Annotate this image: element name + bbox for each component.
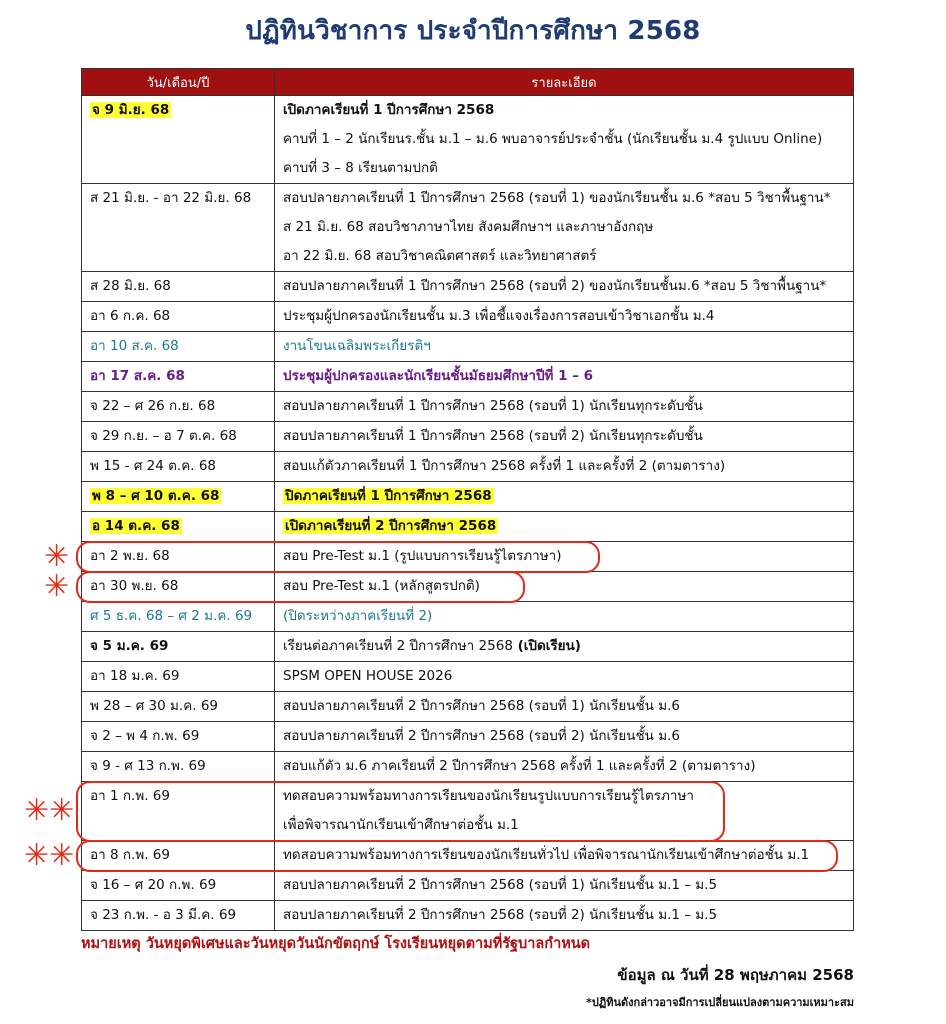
date-text: จ 23 ก.พ. - อ 3 มี.ค. 69: [90, 907, 236, 923]
detail-line: สอบปลายภาคเรียนที่ 1 ปีการศึกษา 2568 (รอ…: [283, 422, 845, 451]
row-date: พ 8 – ศ 10 ต.ค. 68: [82, 482, 275, 512]
table-row: อา 1 ก.พ. 69ทดสอบความพร้อมทางการเรียนของ…: [82, 782, 854, 841]
date-text: ศ 5 ธ.ค. 68 – ศ 2 ม.ค. 69: [90, 608, 252, 624]
asterisk-mark-icon: ✳: [44, 572, 69, 602]
table-row: พ 28 – ศ 30 ม.ค. 69สอบปลายภาคเรียนที่ 2 …: [82, 692, 854, 722]
detail-line: สอบแก้ตัว ม.6 ภาคเรียนที่ 2 ปีการศึกษา 2…: [283, 752, 845, 781]
row-date: จ 22 – ศ 26 ก.ย. 68: [82, 392, 275, 422]
table-row: จ 9 มิ.ย. 68เปิดภาคเรียนที่ 1 ปีการศึกษา…: [82, 96, 854, 184]
date-text: อา 17 ส.ค. 68: [90, 368, 185, 384]
row-details: SPSM OPEN HOUSE 2026: [275, 662, 854, 692]
row-details: (ปิดระหว่างภาคเรียนที่ 2): [275, 602, 854, 632]
row-date: ศ 5 ธ.ค. 68 – ศ 2 ม.ค. 69: [82, 602, 275, 632]
row-details: สอบปลายภาคเรียนที่ 1 ปีการศึกษา 2568 (รอ…: [275, 184, 854, 272]
detail-line: คาบที่ 3 – 8 เรียนตามปกติ: [283, 154, 845, 183]
row-details: งานโขนเฉลิมพระเกียรติฯ: [275, 332, 854, 362]
detail-line: ปิดภาคเรียนที่ 1 ปีการศึกษา 2568: [283, 482, 845, 511]
date-text: จ 29 ก.ย. – อ 7 ต.ค. 68: [90, 428, 237, 444]
row-date: อา 8 ก.พ. 69: [82, 841, 275, 871]
table-row: จ 5 ม.ค. 69เรียนต่อภาคเรียนที่ 2 ปีการศึ…: [82, 632, 854, 662]
detail-line: เพื่อพิจารณานักเรียนเข้าศึกษาต่อชั้น ม.1: [283, 811, 845, 840]
table-row: อา 17 ส.ค. 68ประชุมผู้ปกครองและนักเรียนช…: [82, 362, 854, 392]
row-date: อา 2 พ.ย. 68: [82, 542, 275, 572]
date-text: อา 30 พ.ย. 68: [90, 578, 178, 594]
table-row: อ 14 ต.ค. 68เปิดภาคเรียนที่ 2 ปีการศึกษา…: [82, 512, 854, 542]
row-details: ทดสอบความพร้อมทางการเรียนของนักเรียนทั่ว…: [275, 841, 854, 871]
date-text: ส 28 มิ.ย. 68: [90, 278, 171, 294]
row-date: อา 17 ส.ค. 68: [82, 362, 275, 392]
detail-line: เปิดภาคเรียนที่ 1 ปีการศึกษา 2568: [283, 96, 845, 125]
date-text: จ 2 – พ 4 ก.พ. 69: [90, 728, 199, 744]
table-row: จ 16 – ศ 20 ก.พ. 69สอบปลายภาคเรียนที่ 2 …: [82, 871, 854, 901]
date-text: อา 2 พ.ย. 68: [90, 548, 170, 564]
row-details: เปิดภาคเรียนที่ 1 ปีการศึกษา 2568คาบที่ …: [275, 96, 854, 184]
table-row: ส 28 มิ.ย. 68สอบปลายภาคเรียนที่ 1 ปีการศ…: [82, 272, 854, 302]
detail-line: (ปิดระหว่างภาคเรียนที่ 2): [283, 602, 845, 631]
row-date: ส 21 มิ.ย. - อา 22 มิ.ย. 68: [82, 184, 275, 272]
detail-line: สอบปลายภาคเรียนที่ 1 ปีการศึกษา 2568 (รอ…: [283, 184, 845, 213]
table-header-row: วัน/เดือน/ปี รายละเอียด: [82, 69, 854, 96]
row-details: สอบ Pre-Test ม.1 (รูปแบบการเรียนรู้ไตรภา…: [275, 542, 854, 572]
table-row: ศ 5 ธ.ค. 68 – ศ 2 ม.ค. 69(ปิดระหว่างภาคเ…: [82, 602, 854, 632]
row-date: จ 9 - ศ 13 ก.พ. 69: [82, 752, 275, 782]
row-date: อา 10 ส.ค. 68: [82, 332, 275, 362]
row-details: สอบปลายภาคเรียนที่ 1 ปีการศึกษา 2568 (รอ…: [275, 422, 854, 452]
table-row: จ 29 ก.ย. – อ 7 ต.ค. 68สอบปลายภาคเรียนที…: [82, 422, 854, 452]
row-date: ส 28 มิ.ย. 68: [82, 272, 275, 302]
date-text: พ 8 – ศ 10 ต.ค. 68: [90, 488, 221, 504]
detail-line: สอบ Pre-Test ม.1 (หลักสูตรปกติ): [283, 572, 845, 601]
header-details: รายละเอียด: [275, 69, 854, 96]
detail-line: เรียนต่อภาคเรียนที่ 2 ปีการศึกษา 2568 (เ…: [283, 632, 845, 661]
detail-line: สอบปลายภาคเรียนที่ 2 ปีการศึกษา 2568 (รอ…: [283, 871, 845, 900]
asterisk-mark-icon: ✳✳: [24, 796, 74, 826]
date-text: อา 18 ม.ค. 69: [90, 668, 179, 684]
date-text: จ 9 - ศ 13 ก.พ. 69: [90, 758, 206, 774]
date-text: จ 5 ม.ค. 69: [90, 638, 168, 654]
row-details: ประชุมผู้ปกครองนักเรียนชั้น ม.3 เพื่อชี้…: [275, 302, 854, 332]
row-details: สอบปลายภาคเรียนที่ 1 ปีการศึกษา 2568 (รอ…: [275, 392, 854, 422]
asterisk-mark-icon: ✳: [44, 542, 69, 572]
detail-line: ประชุมผู้ปกครองนักเรียนชั้น ม.3 เพื่อชี้…: [283, 302, 845, 331]
row-date: อา 6 ก.ค. 68: [82, 302, 275, 332]
row-details: สอบปลายภาคเรียนที่ 2 ปีการศึกษา 2568 (รอ…: [275, 722, 854, 752]
remark-note: หมายเหตุ วันหยุดพิเศษและวันหยุดวันนักขัต…: [81, 932, 590, 955]
detail-line: สอบปลายภาคเรียนที่ 2 ปีการศึกษา 2568 (รอ…: [283, 722, 845, 751]
row-date: อา 18 ม.ค. 69: [82, 662, 275, 692]
date-text: อ 14 ต.ค. 68: [90, 518, 182, 534]
date-text: พ 28 – ศ 30 ม.ค. 69: [90, 698, 218, 714]
header-date: วัน/เดือน/ปี: [82, 69, 275, 96]
detail-line: ประชุมผู้ปกครองและนักเรียนชั้นมัธยมศึกษา…: [283, 362, 845, 391]
table-row: อา 30 พ.ย. 68สอบ Pre-Test ม.1 (หลักสูตรป…: [82, 572, 854, 602]
date-text: อา 10 ส.ค. 68: [90, 338, 179, 354]
row-date: อา 30 พ.ย. 68: [82, 572, 275, 602]
detail-line: SPSM OPEN HOUSE 2026: [283, 662, 845, 691]
row-details: เปิดภาคเรียนที่ 2 ปีการศึกษา 2568: [275, 512, 854, 542]
date-text: อา 1 ก.พ. 69: [90, 788, 170, 804]
row-date: อ 14 ต.ค. 68: [82, 512, 275, 542]
detail-line: ส 21 มิ.ย. 68 สอบวิชาภาษาไทย สังคมศึกษาฯ…: [283, 213, 845, 242]
detail-line: สอบ Pre-Test ม.1 (รูปแบบการเรียนรู้ไตรภา…: [283, 542, 845, 571]
date-text: ส 21 มิ.ย. - อา 22 มิ.ย. 68: [90, 190, 251, 206]
date-text: อา 8 ก.พ. 69: [90, 847, 170, 863]
detail-line: งานโขนเฉลิมพระเกียรติฯ: [283, 332, 845, 361]
date-text: จ 9 มิ.ย. 68: [90, 102, 171, 118]
row-details: สอบปลายภาคเรียนที่ 2 ปีการศึกษา 2568 (รอ…: [275, 871, 854, 901]
data-as-of: ข้อมูล ณ วันที่ 28 พฤษภาคม 2568: [617, 963, 854, 987]
row-details: ปิดภาคเรียนที่ 1 ปีการศึกษา 2568: [275, 482, 854, 512]
row-details: สอบ Pre-Test ม.1 (หลักสูตรปกติ): [275, 572, 854, 602]
row-details: เรียนต่อภาคเรียนที่ 2 ปีการศึกษา 2568 (เ…: [275, 632, 854, 662]
detail-line: คาบที่ 1 – 2 นักเรียนร.ชั้น ม.1 – ม.6 พบ…: [283, 125, 845, 154]
row-date: จ 23 ก.พ. - อ 3 มี.ค. 69: [82, 901, 275, 931]
row-details: สอบปลายภาคเรียนที่ 2 ปีการศึกษา 2568 (รอ…: [275, 692, 854, 722]
row-details: สอบแก้ตัว ม.6 ภาคเรียนที่ 2 ปีการศึกษา 2…: [275, 752, 854, 782]
detail-line: สอบแก้ตัวภาคเรียนที่ 1 ปีการศึกษา 2568 ค…: [283, 452, 845, 481]
detail-line: สอบปลายภาคเรียนที่ 2 ปีการศึกษา 2568 (รอ…: [283, 901, 845, 930]
row-details: สอบปลายภาคเรียนที่ 1 ปีการศึกษา 2568 (รอ…: [275, 272, 854, 302]
academic-calendar-table: วัน/เดือน/ปี รายละเอียด จ 9 มิ.ย. 68เปิด…: [81, 68, 854, 931]
date-text: อา 6 ก.ค. 68: [90, 308, 170, 324]
table-row: อา 8 ก.พ. 69ทดสอบความพร้อมทางการเรียนของ…: [82, 841, 854, 871]
table-row: จ 22 – ศ 26 ก.ย. 68สอบปลายภาคเรียนที่ 1 …: [82, 392, 854, 422]
detail-line: ทดสอบความพร้อมทางการเรียนของนักเรียนทั่ว…: [283, 841, 845, 870]
detail-line: เปิดภาคเรียนที่ 2 ปีการศึกษา 2568: [283, 512, 845, 541]
table-row: ส 21 มิ.ย. - อา 22 มิ.ย. 68สอบปลายภาคเรี…: [82, 184, 854, 272]
table-row: จ 2 – พ 4 ก.พ. 69สอบปลายภาคเรียนที่ 2 ปี…: [82, 722, 854, 752]
table-row: อา 6 ก.ค. 68ประชุมผู้ปกครองนักเรียนชั้น …: [82, 302, 854, 332]
detail-line: สอบปลายภาคเรียนที่ 1 ปีการศึกษา 2568 (รอ…: [283, 272, 845, 301]
row-details: ประชุมผู้ปกครองและนักเรียนชั้นมัธยมศึกษา…: [275, 362, 854, 392]
table-row: อา 10 ส.ค. 68งานโขนเฉลิมพระเกียรติฯ: [82, 332, 854, 362]
date-text: จ 16 – ศ 20 ก.พ. 69: [90, 877, 216, 893]
row-date: จ 29 ก.ย. – อ 7 ต.ค. 68: [82, 422, 275, 452]
table-row: พ 15 - ศ 24 ต.ค. 68สอบแก้ตัวภาคเรียนที่ …: [82, 452, 854, 482]
row-date: จ 9 มิ.ย. 68: [82, 96, 275, 184]
row-date: พ 15 - ศ 24 ต.ค. 68: [82, 452, 275, 482]
detail-line: ทดสอบความพร้อมทางการเรียนของนักเรียนรูปแ…: [283, 782, 845, 811]
detail-line: สอบปลายภาคเรียนที่ 2 ปีการศึกษา 2568 (รอ…: [283, 692, 845, 721]
table-row: จ 23 ก.พ. - อ 3 มี.ค. 69สอบปลายภาคเรียนท…: [82, 901, 854, 931]
asterisk-mark-icon: ✳✳: [24, 841, 74, 871]
row-details: สอบปลายภาคเรียนที่ 2 ปีการศึกษา 2568 (รอ…: [275, 901, 854, 931]
detail-line: สอบปลายภาคเรียนที่ 1 ปีการศึกษา 2568 (รอ…: [283, 392, 845, 421]
date-text: จ 22 – ศ 26 ก.ย. 68: [90, 398, 215, 414]
row-details: ทดสอบความพร้อมทางการเรียนของนักเรียนรูปแ…: [275, 782, 854, 841]
row-date: จ 5 ม.ค. 69: [82, 632, 275, 662]
date-text: พ 15 - ศ 24 ต.ค. 68: [90, 458, 216, 474]
page-title: ปฏิทินวิชาการ ประจำปีการศึกษา 2568: [0, 10, 946, 51]
table-row: จ 9 - ศ 13 ก.พ. 69สอบแก้ตัว ม.6 ภาคเรียน…: [82, 752, 854, 782]
row-details: สอบแก้ตัวภาคเรียนที่ 1 ปีการศึกษา 2568 ค…: [275, 452, 854, 482]
row-date: พ 28 – ศ 30 ม.ค. 69: [82, 692, 275, 722]
row-date: อา 1 ก.พ. 69: [82, 782, 275, 841]
table-row: อา 18 ม.ค. 69SPSM OPEN HOUSE 2026: [82, 662, 854, 692]
disclaimer: *ปฏิทินดังกล่าวอาจมีการเปลี่ยนแปลงตามควา…: [586, 993, 854, 1011]
table-row: พ 8 – ศ 10 ต.ค. 68ปิดภาคเรียนที่ 1 ปีการ…: [82, 482, 854, 512]
detail-line: อา 22 มิ.ย. 68 สอบวิชาคณิตศาสตร์ และวิทย…: [283, 242, 845, 271]
table-row: อา 2 พ.ย. 68สอบ Pre-Test ม.1 (รูปแบบการเ…: [82, 542, 854, 572]
row-date: จ 16 – ศ 20 ก.พ. 69: [82, 871, 275, 901]
row-date: จ 2 – พ 4 ก.พ. 69: [82, 722, 275, 752]
